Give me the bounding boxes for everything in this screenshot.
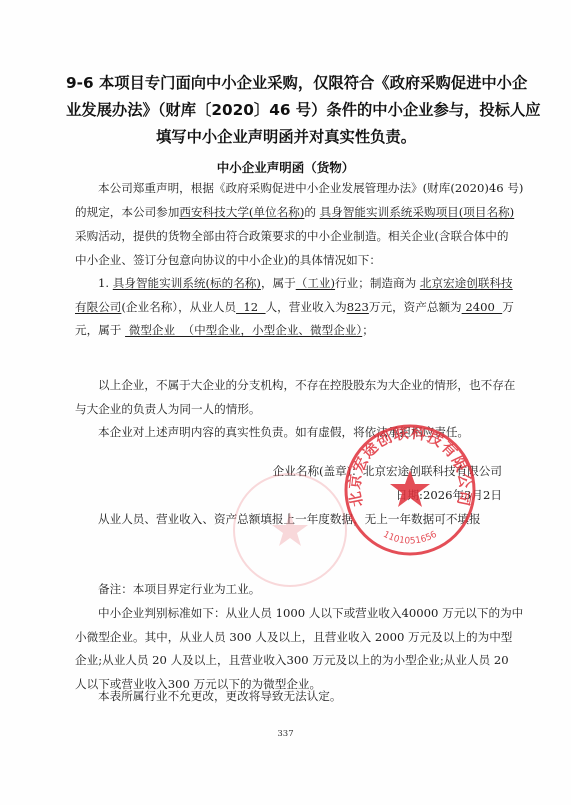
declaration-p2-line2: 与大企业的负责人为同一人的情形。 [75,401,261,417]
text: ； [362,323,374,337]
industry: （工业) [296,276,335,290]
text: 行业；制造商为 [335,276,420,290]
item-line-2: 有限公司(企业名称），从业人员 12 人，营业收入为823万元，资产总额为 24… [75,299,514,315]
project-name: 具身智能实训系统采购项目(项目名称) [320,205,515,219]
remark: 备注：本项目界定行业为工业。 [98,581,260,597]
item-name: 具身智能实训系统(标的名称) [113,276,261,290]
heading-line-3: 填写中小企业声明函并对真实性负责。 [66,124,506,151]
text: 的规定，本公司参加 [75,205,179,219]
text: 万 [502,300,514,314]
declaration-p1-line3: 采购活动，提供的货物全部由符合政策要求的中小企业制造。相关企业(含联合体中的 [75,228,509,244]
ghost-stamp-icon [230,470,350,590]
text: ，属于 [261,276,296,290]
employees-value: 12 [236,300,266,314]
purchaser-name: 西安科技大学(单位名称) [179,205,304,219]
text: 的 [304,205,319,219]
criteria-line-2: 小微型企业。其中，从业人员 300 人及以上，且营业收入 2000 万元及以上的… [75,629,512,645]
enterprise-type: 微型企业 （中型企业，小型企业、微型企业） [125,323,362,337]
criteria-line-1: 中小企业判别标准如下：从业人员 1000 人以下或营业收入40000 万元以下的… [98,605,523,621]
manufacturer-part2: 有限公司 [75,300,121,314]
document-page: 9-6 本项目专门面向中小企业采购，仅限符合《政府采购促进中小企 业发展办法》（… [0,0,571,805]
heading-line-2: 业发展办法》（财库〔2020〕46 号）条件的中小企业参与，投标人应 [66,97,506,124]
text: 元，属于 [75,323,125,337]
date-line: 日期:2026年3月2日 [396,487,502,503]
heading-line-1: 9-6 本项目专门面向中小企业采购，仅限符合《政府采购促进中小企 [66,70,506,97]
declaration-p1-line2: 的规定，本公司参加西安科技大学(单位名称)的 具身智能实训系统采购项目(项目名称… [75,204,514,220]
declaration-title: 中小企业声明函（货物） [0,158,571,176]
item-number: 1. [98,276,113,290]
criteria-line-3: 企业;从业人员 20 人及以上，且营业收入300 万元及以上的为小型企业;从业人… [75,652,509,668]
declaration-p3: 本企业对上述声明内容的真实性负责。如有虚假，将依法承担相应责任。 [98,424,469,440]
text: 人，营业收入为 [266,300,347,314]
revenue-value: 823 [347,300,369,314]
fill-note: 从业人员、营业收入、资产总额填报上一年度数据，无上一年数据可不填报 [98,511,481,527]
declaration-p1-line4: 中小企业、签订分包意向协议的中小企业)的具体情况如下： [75,252,381,268]
svg-text:1101051656: 1101051656 [381,530,439,547]
text: 万元，资产总额为 [369,300,462,314]
declaration-p2-line1: 以上企业，不属于大企业的分支机构，不存在控股股东为大企业的情形，也不存在 [98,377,515,393]
declaration-p1-line1: 本公司郑重声明，根据《政府采购促进中小企业发展管理办法》(财库(2020)46 … [98,180,523,196]
signature-line: 企业名称(盖章)：北京宏途创联科技有限公司 [273,463,502,479]
page-number: 337 [0,729,571,739]
manufacturer-part1: 北京宏途创联科技 [420,276,513,290]
section-heading: 9-6 本项目专门面向中小企业采购，仅限符合《政府采购促进中小企 业发展办法》（… [66,70,506,151]
text: (企业名称），从业人员 [121,300,236,314]
item-line-3: 元，属于 微型企业 （中型企业，小型企业、微型企业）； [75,322,374,338]
item-line-1: 1. 具身智能实训系统(标的名称)，属于（工业)行业；制造商为 北京宏途创联科技 [98,275,513,291]
assets-value: 2400 [462,300,503,314]
final-note-text: 本表所属行业不允更改，更改将导致无法认定。 [98,688,341,704]
